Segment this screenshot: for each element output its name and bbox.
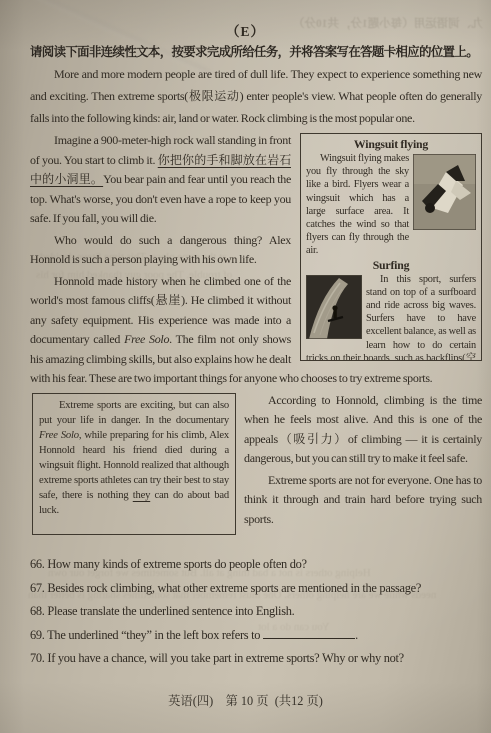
surfing-photo [306,275,362,339]
surfing-text: In this sport, surfers stand on top of a… [306,273,476,361]
question-list: 66. How many kinds of extreme sports do … [30,556,486,674]
question-67: 67. Besides rock climbing, what other ex… [30,580,486,597]
page-footer: 英语(四) 第 10 页 (共12 页) [0,691,491,709]
sports-info-box: Wingsuit flying Wingsuit flying makes yo… [300,133,482,361]
section-label: （E） [0,20,491,40]
free-solo-title: Free Solo [124,332,169,346]
reading-passage: More and more modern people are tired of… [30,63,482,538]
question-68: 68. Please translate the underlined sent… [30,603,486,620]
question-69-text: . [355,628,358,642]
scanned-exam-page: { "colors": { "paper": "#c3bbab", "ink":… [0,0,491,733]
left-note-box: Extreme sports are exciting, but can als… [32,393,236,535]
underlined-they: they [133,490,150,501]
question-69-text: 69. The underlined “they” in the left bo… [30,628,260,642]
question-66: 66. How many kinds of extreme sports do … [30,556,486,573]
wingsuit-text: Wingsuit flying makes you fly through th… [306,152,476,258]
wingsuit-title: Wingsuit flying [306,137,476,152]
surfing-title: Surfing [306,258,476,273]
question-70: 70. If you have a chance, will you take … [30,650,486,667]
instruction-text: 请阅读下面非连续性文本，按要求完成所给任务，并将答案写在答题卡相应的位置上。 [30,42,485,60]
free-solo-title: Free Solo [39,430,79,441]
paragraph-4-text: try extreme sports. [350,371,433,385]
wingsuit-photo [413,154,476,230]
paragraph-1: More and more modern people are tired of… [30,63,482,129]
note-text: Extreme sports are exciting, but can als… [39,400,229,426]
question-69: 69. The underlined “they” in the left bo… [30,627,486,644]
answer-blank [263,627,355,639]
